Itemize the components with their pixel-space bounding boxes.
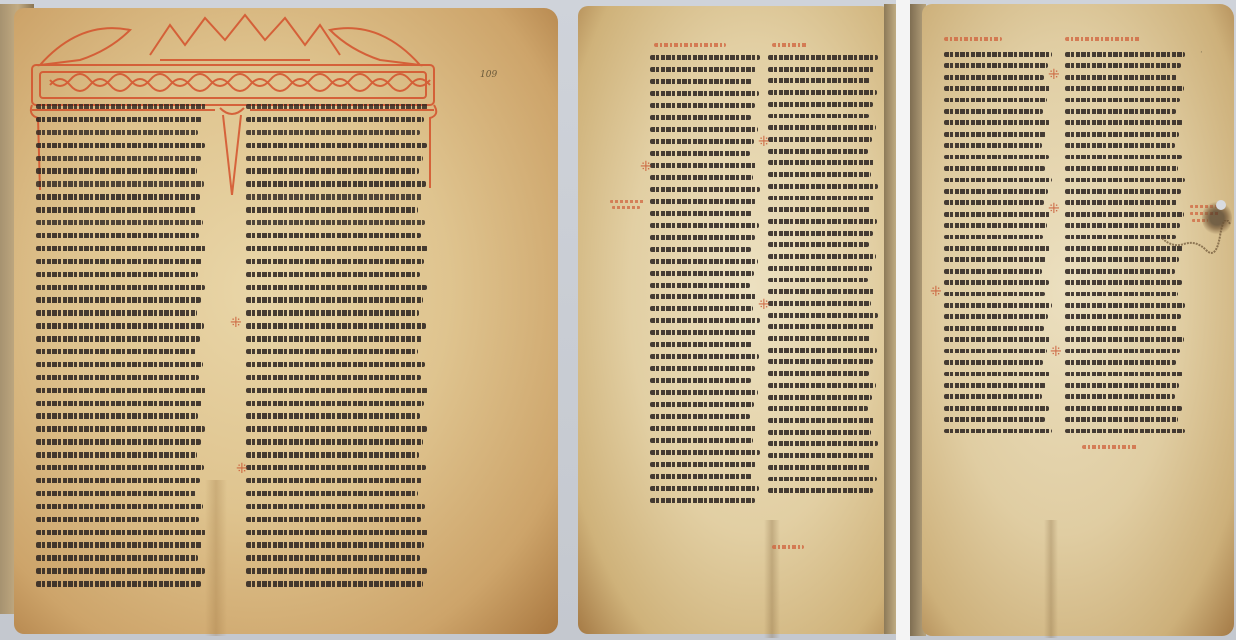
text-line <box>768 359 873 364</box>
text-line <box>36 207 196 212</box>
text-line <box>768 90 877 95</box>
text-line <box>944 132 1046 137</box>
text-line <box>944 257 1046 262</box>
text-line <box>1065 63 1181 68</box>
text-line <box>944 86 1051 91</box>
text-line <box>36 362 203 367</box>
running-title-col2 <box>772 43 808 47</box>
text-line <box>944 246 1050 251</box>
margin-mark-icon: ⁜ <box>1048 202 1060 216</box>
text-line <box>650 55 760 60</box>
text-line <box>650 91 759 96</box>
manuscript-photo-1: 109 ⁜ ⁜ <box>0 0 568 640</box>
text-line <box>246 413 420 418</box>
text-line <box>36 285 205 290</box>
text-line <box>944 75 1044 80</box>
text-line <box>768 254 876 259</box>
text-line <box>1065 303 1185 308</box>
text-line <box>650 426 757 431</box>
text-line <box>246 349 418 354</box>
text-line <box>650 259 758 264</box>
text-line <box>768 406 868 411</box>
text-line <box>1065 292 1178 297</box>
text-line <box>1065 212 1184 217</box>
text-line <box>768 149 868 154</box>
folio-number: 109 <box>480 70 497 80</box>
text-line <box>944 349 1047 354</box>
text-line <box>768 160 875 165</box>
text-line <box>1065 86 1184 91</box>
text-line <box>1065 143 1175 148</box>
text-line <box>650 498 755 503</box>
text-line <box>944 429 1052 434</box>
text-line <box>1065 178 1185 183</box>
text-line <box>246 233 421 238</box>
margin-mark-icon: ⁜ <box>1050 345 1062 359</box>
text-line <box>768 313 878 318</box>
text-line <box>246 517 421 522</box>
text-line <box>768 336 870 341</box>
text-line <box>246 388 428 393</box>
text-line <box>1065 349 1180 354</box>
text-line <box>650 79 752 84</box>
text-line <box>650 67 756 72</box>
text-line <box>36 349 196 354</box>
text-line <box>246 207 418 212</box>
running-title-col2 <box>1065 37 1141 41</box>
text-line <box>768 102 873 107</box>
margin-note <box>612 206 640 209</box>
text-line <box>1065 75 1177 80</box>
text-line <box>650 151 750 156</box>
text-line <box>246 117 424 122</box>
text-line <box>1065 337 1184 342</box>
text-line <box>1065 132 1179 137</box>
text-line <box>768 114 869 119</box>
text-column-1 <box>944 52 1052 440</box>
text-line <box>944 417 1045 422</box>
text-line <box>246 104 428 109</box>
text-line <box>768 441 878 446</box>
text-line <box>650 450 760 455</box>
text-line <box>768 137 872 142</box>
text-column-1 <box>36 104 206 594</box>
text-line <box>36 542 202 547</box>
page-hole <box>1216 200 1226 210</box>
text-line <box>36 439 201 444</box>
text-column-1 <box>650 55 760 510</box>
text-line <box>1065 372 1183 377</box>
text-line <box>650 139 754 144</box>
text-line <box>768 55 878 60</box>
text-line <box>944 200 1044 205</box>
running-title-col1 <box>654 43 726 47</box>
text-line <box>1065 326 1177 331</box>
text-line <box>650 271 754 276</box>
text-line <box>650 283 750 288</box>
text-line <box>650 438 753 443</box>
text-line <box>36 104 206 109</box>
text-line <box>650 474 752 479</box>
text-line <box>650 187 760 192</box>
manuscript-photo-3: · ⁜ ⁜ ⁜ ⁜ <box>910 0 1236 640</box>
text-line <box>944 98 1047 103</box>
text-line <box>650 378 751 383</box>
text-line <box>768 207 870 212</box>
text-line <box>36 388 206 393</box>
text-line <box>650 318 760 323</box>
text-column-2 <box>246 104 428 594</box>
text-line <box>246 426 427 431</box>
text-line <box>36 517 199 522</box>
text-line <box>36 555 198 560</box>
text-line <box>36 168 197 173</box>
text-line <box>36 426 205 431</box>
text-line <box>944 63 1048 68</box>
text-line <box>944 372 1050 377</box>
text-column-2 <box>768 55 878 500</box>
text-line <box>944 383 1046 388</box>
text-line <box>650 390 758 395</box>
text-line <box>1065 429 1185 434</box>
text-line <box>650 175 753 180</box>
text-line <box>768 184 878 189</box>
text-line <box>768 324 874 329</box>
text-line <box>246 362 425 367</box>
margin-note <box>610 200 644 203</box>
text-line <box>650 306 753 311</box>
text-line <box>246 478 422 483</box>
text-line <box>1065 394 1175 399</box>
page-fold <box>205 480 227 636</box>
text-line <box>1065 155 1182 160</box>
text-line <box>36 401 202 406</box>
text-line <box>36 581 201 586</box>
text-line <box>36 568 205 573</box>
text-line <box>650 486 759 491</box>
text-line <box>768 301 871 306</box>
text-line <box>768 453 874 458</box>
panel-separator <box>896 0 910 640</box>
text-line <box>246 168 419 173</box>
text-line <box>944 292 1045 297</box>
quire-mark-footer <box>1082 445 1138 449</box>
running-title-col1 <box>944 37 1002 41</box>
margin-mark-icon: ⁜ <box>640 160 652 174</box>
text-line <box>36 336 200 341</box>
text-line <box>768 371 869 376</box>
text-line <box>1065 109 1176 114</box>
text-line <box>650 163 757 168</box>
text-line <box>944 166 1045 171</box>
text-line <box>36 297 201 302</box>
text-line <box>1065 360 1176 365</box>
text-line <box>1065 98 1180 103</box>
text-line <box>768 383 876 388</box>
text-line <box>650 127 758 132</box>
page-fold <box>764 520 780 638</box>
text-line <box>246 336 422 341</box>
text-line <box>246 310 419 315</box>
text-line <box>768 172 871 177</box>
stain-outline <box>1160 220 1232 262</box>
text-line <box>650 103 755 108</box>
text-line <box>768 430 871 435</box>
text-line <box>1065 406 1182 411</box>
text-line <box>768 78 870 83</box>
text-line <box>650 402 754 407</box>
text-line <box>246 504 425 509</box>
text-line <box>768 196 874 201</box>
folio-number: · <box>1200 48 1203 58</box>
text-line <box>36 504 203 509</box>
text-line <box>36 272 198 277</box>
text-line <box>944 155 1049 160</box>
text-line <box>944 394 1042 399</box>
text-line <box>650 354 759 359</box>
text-line <box>246 542 424 547</box>
text-line <box>246 297 423 302</box>
text-line <box>768 278 868 283</box>
text-line <box>36 156 201 161</box>
text-line <box>650 330 756 335</box>
text-line <box>768 266 872 271</box>
text-line <box>246 323 426 328</box>
text-line <box>650 247 751 252</box>
text-line <box>768 465 870 470</box>
text-line <box>36 194 200 199</box>
text-line <box>650 294 757 299</box>
text-line <box>36 143 205 148</box>
text-line <box>246 272 420 277</box>
text-line <box>246 130 420 135</box>
text-line <box>36 478 200 483</box>
text-line <box>944 120 1050 125</box>
text-line <box>246 246 428 251</box>
next-leaf-edge <box>884 4 896 634</box>
margin-mark-icon: ⁜ <box>1048 68 1060 82</box>
text-line <box>650 223 759 228</box>
text-line <box>1065 280 1182 285</box>
text-line <box>944 143 1042 148</box>
text-line <box>246 568 427 573</box>
text-line <box>768 67 874 72</box>
text-line <box>246 581 423 586</box>
text-line <box>246 259 424 264</box>
text-line <box>944 52 1052 57</box>
margin-mark-icon: ⁜ <box>758 298 770 312</box>
text-line <box>1065 200 1177 205</box>
text-line <box>650 462 756 467</box>
text-line <box>768 488 873 493</box>
text-line <box>944 223 1047 228</box>
text-line <box>246 465 426 470</box>
text-line <box>650 235 755 240</box>
text-line <box>650 414 750 419</box>
text-line <box>768 242 869 247</box>
text-line <box>246 491 418 496</box>
text-line <box>944 178 1052 183</box>
text-line <box>36 233 199 238</box>
text-line <box>246 156 423 161</box>
text-line <box>1065 120 1183 125</box>
text-line <box>36 465 204 470</box>
quire-mark-footer <box>772 545 804 549</box>
text-line <box>944 280 1049 285</box>
text-line <box>36 530 206 535</box>
text-line <box>768 418 875 423</box>
text-line <box>944 406 1049 411</box>
text-line <box>36 310 197 315</box>
text-line <box>944 269 1042 274</box>
text-line <box>246 375 421 380</box>
text-line <box>944 326 1044 331</box>
text-line <box>246 401 424 406</box>
text-line <box>650 115 751 120</box>
margin-mark-icon: ⁜ <box>758 135 770 149</box>
text-line <box>768 348 877 353</box>
text-line <box>246 439 423 444</box>
text-line <box>36 491 196 496</box>
text-line <box>768 289 875 294</box>
text-line <box>650 366 755 371</box>
text-line <box>36 181 204 186</box>
text-line <box>944 109 1043 114</box>
text-line <box>944 212 1051 217</box>
text-line <box>650 342 752 347</box>
text-line <box>944 337 1051 342</box>
text-line <box>944 303 1052 308</box>
text-line <box>1065 166 1178 171</box>
text-line <box>944 189 1048 194</box>
text-line <box>246 555 420 560</box>
text-line <box>246 194 422 199</box>
text-line <box>246 530 428 535</box>
text-line <box>36 413 198 418</box>
text-line <box>768 125 876 130</box>
text-line <box>36 220 203 225</box>
text-line <box>1065 417 1178 422</box>
text-line <box>768 395 872 400</box>
text-line <box>650 199 756 204</box>
text-line <box>246 285 427 290</box>
text-line <box>650 211 752 216</box>
text-line <box>1065 52 1185 57</box>
text-line <box>246 452 419 457</box>
text-line <box>944 314 1048 319</box>
text-line <box>1065 189 1181 194</box>
text-line <box>36 117 202 122</box>
text-line <box>246 220 425 225</box>
text-line <box>36 375 199 380</box>
text-line <box>1065 269 1175 274</box>
text-line <box>36 452 197 457</box>
text-line <box>944 360 1043 365</box>
text-line <box>36 323 204 328</box>
text-line <box>768 477 877 482</box>
margin-mark-icon: ⁜ <box>236 462 248 476</box>
text-line <box>944 235 1043 240</box>
text-line <box>36 259 202 264</box>
text-line <box>768 219 877 224</box>
text-line <box>1065 383 1179 388</box>
text-line <box>768 231 873 236</box>
text-line <box>36 130 198 135</box>
margin-mark-icon: ⁜ <box>930 285 942 299</box>
text-line <box>36 246 206 251</box>
margin-mark-icon: ⁜ <box>230 316 242 330</box>
text-line <box>246 181 426 186</box>
page-fold <box>1044 520 1058 638</box>
text-line <box>246 143 427 148</box>
manuscript-photo-2: ⁜ ⁜ ⁜ <box>568 0 896 640</box>
text-line <box>1065 314 1181 319</box>
